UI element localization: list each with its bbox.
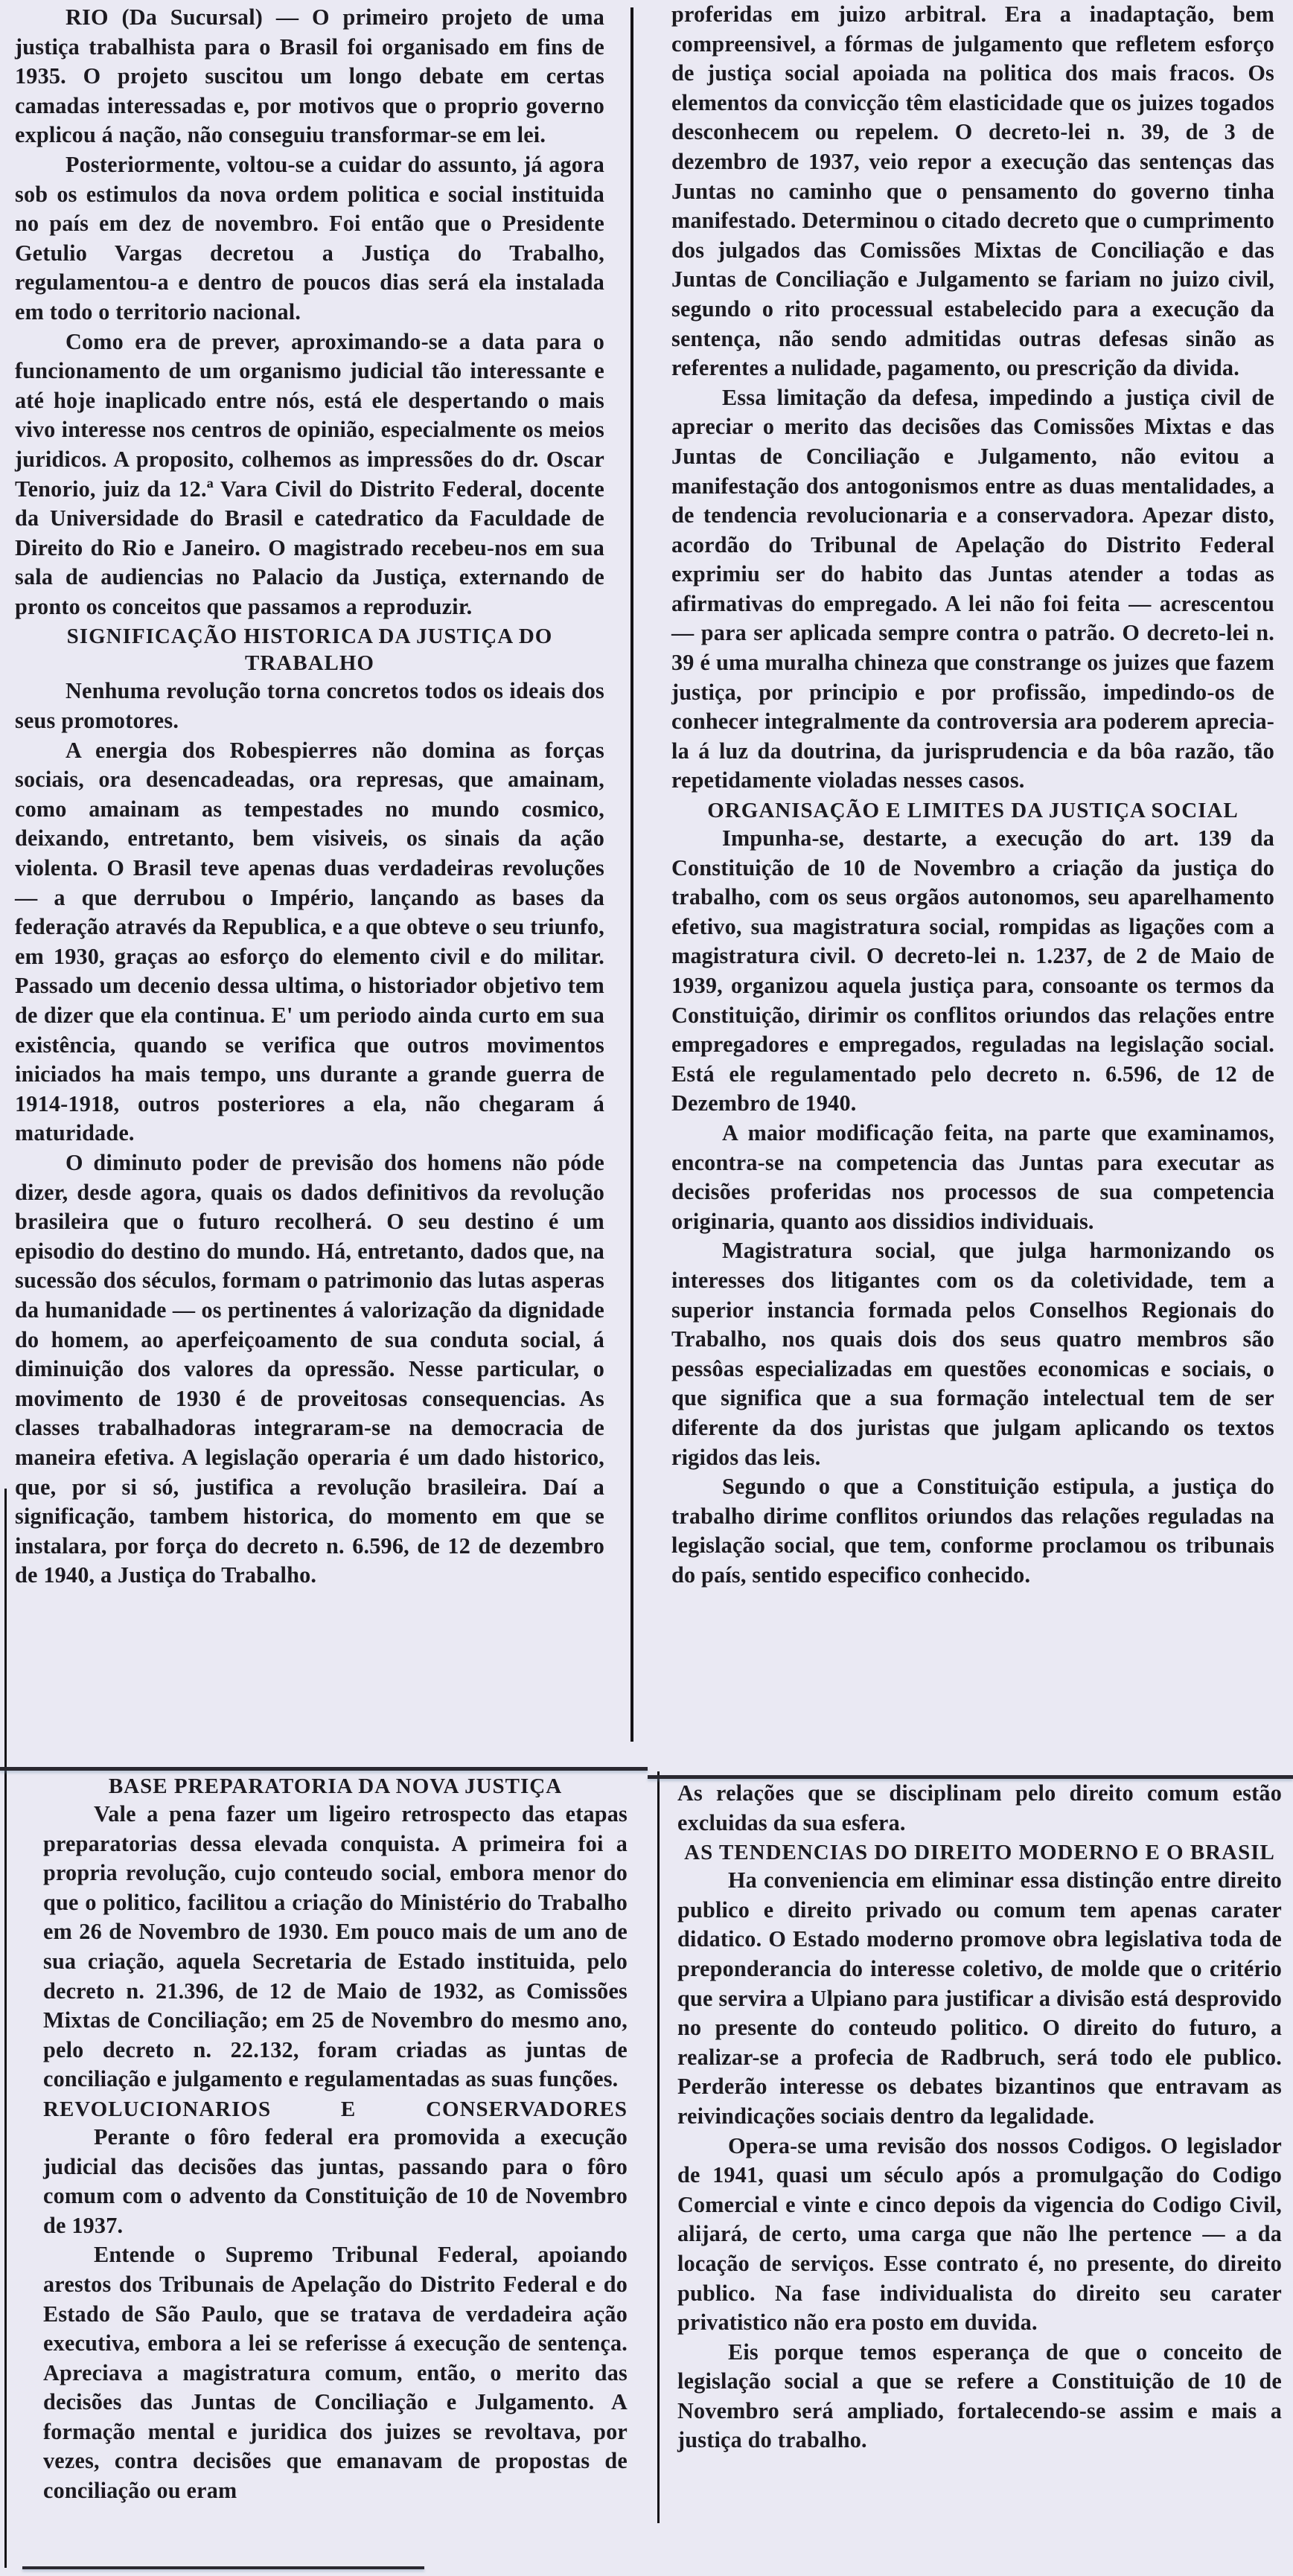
body-paragraph: Essa limitação da defesa, impedindo a ju…	[671, 383, 1274, 796]
body-paragraph: Vale a pena fazer um ligeiro retrospecto…	[43, 1800, 628, 2094]
right-column-bottom: As relações que se disciplinam pelo dire…	[677, 1779, 1282, 2455]
body-paragraph: A energia dos Robespierres não domina as…	[15, 736, 604, 1148]
body-paragraph: Opera-se uma revisão dos nossos Codigos.…	[677, 2132, 1282, 2338]
section-heading: ORGANISAÇÃO E LIMITES DA JUSTIÇA SOCIAL	[671, 797, 1274, 824]
right-column-top: proferidas em juizo arbitral. Era a inad…	[671, 0, 1274, 1590]
continuation-paragraph: As relações que se disciplinam pelo dire…	[677, 1779, 1282, 1838]
section-heading: AS TENDENCIAS DO DIREITO MODERNO E O BRA…	[677, 1839, 1282, 1866]
body-paragraph: Eis porque temos esperança de que o conc…	[677, 2338, 1282, 2455]
body-paragraph: Nenhuma revolução torna concretos todos …	[15, 677, 604, 735]
body-paragraph: O diminuto poder de previsão dos homens …	[15, 1148, 604, 1591]
body-paragraph: A maior modificação feita, na parte que …	[671, 1119, 1274, 1236]
body-paragraph: Posteriormente, voltou-se a cuidar do as…	[15, 150, 604, 327]
section-heading: SIGNIFICAÇÃO HISTORICA DA JUSTIÇA DO TRA…	[15, 623, 604, 677]
section-heading: REVOLUCIONARIOS E CONSERVADORES	[43, 2096, 628, 2123]
body-paragraph: Magistratura social, que julga harmoniza…	[671, 1236, 1274, 1472]
body-paragraph: Impunha-se, destarte, a execução do art.…	[671, 824, 1274, 1119]
body-paragraph: Perante o fôro federal era promovida a e…	[43, 2123, 628, 2240]
column-divider-bottom	[657, 1771, 660, 2523]
left-column-bottom: BASE PREPARATORIA DA NOVA JUSTIÇA Vale a…	[43, 1771, 628, 2506]
section-heading: BASE PREPARATORIA DA NOVA JUSTIÇA	[43, 1773, 628, 1800]
section-divider-left	[0, 1767, 648, 1771]
column-divider-top	[630, 7, 633, 1742]
left-column-top: RIO (Da Sucursal) — O primeiro projeto d…	[15, 3, 604, 1591]
body-paragraph: Entende o Supremo Tribunal Federal, apoi…	[43, 2240, 628, 2505]
intro-paragraph: RIO (Da Sucursal) — O primeiro projeto d…	[15, 3, 604, 150]
body-paragraph: Segundo o que a Constituição estipula, a…	[671, 1472, 1274, 1590]
body-paragraph: Como era de prever, aproximando-se a dat…	[15, 327, 604, 622]
continuation-paragraph: proferidas em juizo arbitral. Era a inad…	[671, 0, 1274, 383]
newspaper-page: RIO (Da Sucursal) — O primeiro projeto d…	[0, 0, 1293, 2576]
body-paragraph: Ha conveniencia em eliminar essa distinç…	[677, 1866, 1282, 2131]
bottom-rule	[22, 2566, 424, 2569]
left-frame-line	[4, 1489, 7, 2568]
